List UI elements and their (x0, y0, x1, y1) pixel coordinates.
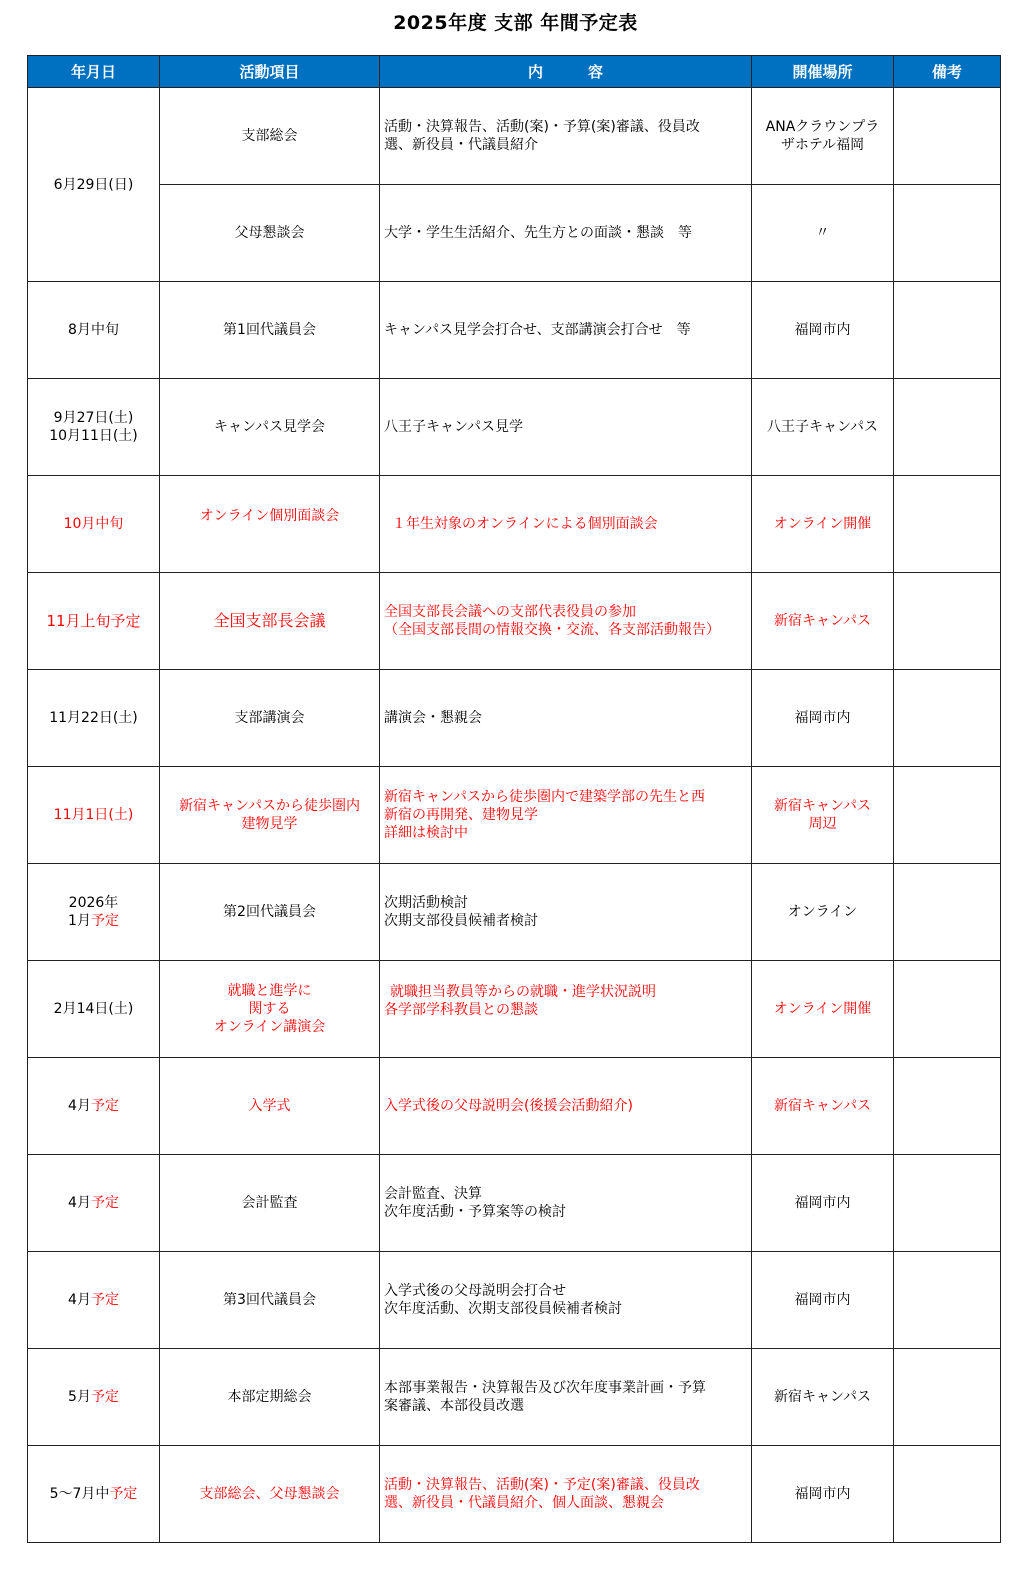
date-month: 5～7月中 (50, 1486, 110, 1502)
date-month: 4月 (68, 1292, 91, 1308)
content-cell: 次期活動検討 次期支部役員候補者検討 (380, 864, 752, 961)
activity-line: 建物見学 (164, 815, 375, 833)
table-row: 4月予定 第3回代議員会 入学式後の父母説明会打合せ 次年度活動、次期支部役員候… (28, 1252, 1001, 1349)
activity-cell: 支部講演会 (160, 670, 380, 767)
content-cell: 大学・学生生活紹介、先生方との面談・懇談 等 (380, 185, 752, 282)
content-line: 新宿の再開発、建物見学 (384, 806, 747, 824)
date-cell: 11月22日(土) (28, 670, 160, 767)
date-month: 4月 (68, 1098, 91, 1114)
note-cell (894, 573, 1001, 670)
venue-cell: 福岡市内 (752, 1155, 894, 1252)
date-line: 10月11日(土) (32, 427, 155, 445)
venue-cell: 新宿キャンパス 周辺 (752, 767, 894, 864)
date-cell: 9月27日(土) 10月11日(土) (28, 379, 160, 476)
date-planned-suffix: 予定 (91, 1098, 119, 1114)
activity-line: 新宿キャンパスから徒歩圏内 (164, 797, 375, 815)
venue-line: 福岡市内 (756, 1194, 889, 1212)
note-cell (894, 282, 1001, 379)
date-cell: 11月上旬予定 (28, 573, 160, 670)
activity-cell: 就職と進学に 関する オンライン講演会 (160, 961, 380, 1058)
note-cell (894, 961, 1001, 1058)
table-row: 2026年 1月予定 第2回代議員会 次期活動検討 次期支部役員候補者検討 オン… (28, 864, 1001, 961)
venue-line: 新宿キャンパス (756, 1097, 889, 1115)
date-month: 5月 (68, 1389, 91, 1405)
content-cell: 会計監査、決算 次年度活動・予算案等の検討 (380, 1155, 752, 1252)
venue-line: オンライン (756, 903, 889, 921)
table-row: 5月予定 本部定期総会 本部事業報告・決算報告及び次年度事業計画・予算 案審議、… (28, 1349, 1001, 1446)
header-content: 内 容 (380, 56, 752, 88)
date-line: 1月予定 (32, 912, 155, 930)
venue-cell: 新宿キャンパス (752, 1058, 894, 1155)
table-row: 4月予定 会計監査 会計監査、決算 次年度活動・予算案等の検討 福岡市内 (28, 1155, 1001, 1252)
content-cell: 入学式後の父母説明会(後援会活動紹介) (380, 1058, 752, 1155)
venue-line: 福岡市内 (756, 709, 889, 727)
note-cell (894, 864, 1001, 961)
activity-cell: 会計監査 (160, 1155, 380, 1252)
venue-line: 福岡市内 (756, 1291, 889, 1309)
content-cell: 活動・決算報告、活動(案)・予算(案)審議、役員改 選、新役員・代議員紹介 (380, 88, 752, 185)
date-cell: 10月中旬 (28, 476, 160, 573)
table-row: 4月予定 入学式 入学式後の父母説明会(後援会活動紹介) 新宿キャンパス (28, 1058, 1001, 1155)
content-cell: 講演会・懇親会 (380, 670, 752, 767)
venue-line: 新宿キャンパス (756, 612, 889, 630)
note-cell (894, 1349, 1001, 1446)
venue-cell: 〃 (752, 185, 894, 282)
venue-cell: 八王子キャンパス (752, 379, 894, 476)
content-line: （全国支部長間の情報交換・交流、各支部活動報告） (384, 621, 747, 639)
venue-cell: オンライン開催 (752, 476, 894, 573)
table-row: 11月上旬予定 全国支部長会議 全国支部長会議への支部代表役員の参加 （全国支部… (28, 573, 1001, 670)
header-activity: 活動項目 (160, 56, 380, 88)
header-venue: 開催場所 (752, 56, 894, 88)
note-cell (894, 1252, 1001, 1349)
date-cell: 2月14日(土) (28, 961, 160, 1058)
content-line: １年生対象のオンラインによる個別面談会 (384, 515, 747, 533)
venue-cell: オンライン (752, 864, 894, 961)
content-line: 詳細は検討中 (384, 824, 747, 842)
activity-line: 関する (164, 1000, 375, 1018)
venue-line: 福岡市内 (756, 1485, 889, 1503)
content-line: 全国支部長会議への支部代表役員の参加 (384, 603, 747, 621)
content-cell: キャンパス見学会打合せ、支部講演会打合せ 等 (380, 282, 752, 379)
table-row: 父母懇談会 大学・学生生活紹介、先生方との面談・懇談 等 〃 (28, 185, 1001, 282)
activity-cell: 新宿キャンパスから徒歩圏内 建物見学 (160, 767, 380, 864)
date-month: 1月 (68, 913, 91, 929)
content-line: 入学式後の父母説明会(後援会活動紹介) (384, 1097, 747, 1115)
date-cell: 4月予定 (28, 1155, 160, 1252)
activity-cell: 本部定期総会 (160, 1349, 380, 1446)
date-planned-suffix: 予定 (91, 913, 119, 929)
venue-cell: 福岡市内 (752, 1446, 894, 1543)
note-cell (894, 767, 1001, 864)
table-row: 5～7月中予定 支部総会、父母懇談会 活動・決算報告、活動(案)・予定(案)審議… (28, 1446, 1001, 1543)
content-line: 案審議、本部役員改選 (384, 1397, 747, 1415)
content-line: 会計監査、決算 (384, 1185, 747, 1203)
content-line: 入学式後の父母説明会打合せ (384, 1282, 747, 1300)
content-cell: 就職担当教員等からの就職・進学状況説明 各学部学科教員との懇談 (380, 961, 752, 1058)
content-cell: 八王子キャンパス見学 (380, 379, 752, 476)
table-row: 9月27日(土) 10月11日(土) キャンパス見学会 八王子キャンパス見学 八… (28, 379, 1001, 476)
date-cell: 8月中旬 (28, 282, 160, 379)
page-title: 2025年度 支部 年間予定表 (0, 8, 1031, 35)
table-row: 2月14日(土) 就職と進学に 関する オンライン講演会 就職担当教員等からの就… (28, 961, 1001, 1058)
content-line: 活動・決算報告、活動(案)・予定(案)審議、役員改 (384, 1476, 747, 1494)
content-line: 次期支部役員候補者検討 (384, 912, 747, 930)
venue-cell: オンライン開催 (752, 961, 894, 1058)
venue-line: オンライン開催 (756, 1000, 889, 1018)
content-cell: 本部事業報告・決算報告及び次年度事業計画・予算 案審議、本部役員改選 (380, 1349, 752, 1446)
date-line: 9月27日(土) (32, 409, 155, 427)
note-cell (894, 670, 1001, 767)
venue-line: ANAクラウンプラ (756, 118, 889, 136)
venue-cell: 福岡市内 (752, 670, 894, 767)
venue-line: 八王子キャンパス (756, 418, 889, 436)
activity-cell: オンライン個別面談会 (160, 476, 380, 573)
activity-cell: 第1回代議員会 (160, 282, 380, 379)
activity-cell: キャンパス見学会 (160, 379, 380, 476)
venue-line: 新宿キャンパス (756, 1388, 889, 1406)
content-cell: 全国支部長会議への支部代表役員の参加 （全国支部長間の情報交換・交流、各支部活動… (380, 573, 752, 670)
activity-cell: 第3回代議員会 (160, 1252, 380, 1349)
date-cell: 4月予定 (28, 1252, 160, 1349)
table-row: 11月22日(土) 支部講演会 講演会・懇親会 福岡市内 (28, 670, 1001, 767)
venue-cell: 福岡市内 (752, 282, 894, 379)
content-cell: 活動・決算報告、活動(案)・予定(案)審議、役員改 選、新役員・代議員紹介、個人… (380, 1446, 752, 1543)
content-line: 次期活動検討 (384, 894, 747, 912)
table-row: 8月中旬 第1回代議員会 キャンパス見学会打合せ、支部講演会打合せ 等 福岡市内 (28, 282, 1001, 379)
content-line: 講演会・懇親会 (384, 709, 747, 727)
date-cell: 5～7月中予定 (28, 1446, 160, 1543)
date-planned-suffix: 予定 (91, 1292, 119, 1308)
content-cell: １年生対象のオンラインによる個別面談会 (380, 476, 752, 573)
venue-cell: 福岡市内 (752, 1252, 894, 1349)
content-line: 活動・決算報告、活動(案)・予算(案)審議、役員改 (384, 118, 747, 136)
content-line: 選、新役員・代議員紹介、個人面談、懇親会 (384, 1494, 747, 1512)
note-cell (894, 88, 1001, 185)
content-line: 次年度活動、次期支部役員候補者検討 (384, 1300, 747, 1318)
venue-line: オンライン開催 (756, 515, 889, 533)
note-cell (894, 1155, 1001, 1252)
note-cell (894, 185, 1001, 282)
date-planned-suffix: 予定 (91, 1389, 119, 1405)
date-cell: 2026年 1月予定 (28, 864, 160, 961)
date-cell: 4月予定 (28, 1058, 160, 1155)
activity-line: 就職と進学に (164, 982, 375, 1000)
venue-line: 周辺 (756, 815, 889, 833)
content-line: 選、新役員・代議員紹介 (384, 136, 747, 154)
content-line: 本部事業報告・決算報告及び次年度事業計画・予算 (384, 1379, 747, 1397)
activity-cell: 全国支部長会議 (160, 573, 380, 670)
table-row: 6月29日(日) 支部総会 活動・決算報告、活動(案)・予算(案)審議、役員改 … (28, 88, 1001, 185)
activity-cell: 支部総会 (160, 88, 380, 185)
date-planned-suffix: 予定 (91, 1195, 119, 1211)
schedule-table: 年月日 活動項目 内 容 開催場所 備考 6月29日(日) 支部総会 活動・決算… (27, 55, 1001, 1543)
content-line: 各学部学科教員との懇談 (384, 1001, 747, 1019)
note-cell (894, 1446, 1001, 1543)
venue-line: 〃 (756, 224, 889, 242)
venue-line: ザホテル福岡 (756, 136, 889, 154)
venue-line: 福岡市内 (756, 321, 889, 339)
date-month: 4月 (68, 1195, 91, 1211)
date-cell: 11月1日(土) (28, 767, 160, 864)
note-cell (894, 476, 1001, 573)
activity-cell: 支部総会、父母懇談会 (160, 1446, 380, 1543)
activity-cell: 父母懇談会 (160, 185, 380, 282)
header-row: 年月日 活動項目 内 容 開催場所 備考 (28, 56, 1001, 88)
date-planned-suffix: 予定 (109, 1486, 137, 1502)
venue-cell: 新宿キャンパス (752, 1349, 894, 1446)
date-cell: 5月予定 (28, 1349, 160, 1446)
note-cell (894, 1058, 1001, 1155)
date-cell: 6月29日(日) (28, 88, 160, 282)
activity-cell: 入学式 (160, 1058, 380, 1155)
content-line: 就職担当教員等からの就職・進学状況説明 (384, 983, 747, 1001)
content-line: 八王子キャンパス見学 (384, 418, 747, 436)
activity-line: オンライン講演会 (164, 1018, 375, 1036)
venue-line: 新宿キャンパス (756, 797, 889, 815)
date-line: 2026年 (32, 894, 155, 912)
activity-line: オンライン個別面談会 (164, 507, 375, 525)
header-note: 備考 (894, 56, 1001, 88)
venue-cell: 新宿キャンパス (752, 573, 894, 670)
activity-cell: 第2回代議員会 (160, 864, 380, 961)
header-date: 年月日 (28, 56, 160, 88)
content-line: 大学・学生生活紹介、先生方との面談・懇談 等 (384, 224, 747, 242)
content-line: キャンパス見学会打合せ、支部講演会打合せ 等 (384, 321, 747, 339)
content-line: 新宿キャンパスから徒歩圏内で建築学部の先生と西 (384, 788, 747, 806)
content-cell: 新宿キャンパスから徒歩圏内で建築学部の先生と西 新宿の再開発、建物見学 詳細は検… (380, 767, 752, 864)
table-row: 11月1日(土) 新宿キャンパスから徒歩圏内 建物見学 新宿キャンパスから徒歩圏… (28, 767, 1001, 864)
table-row: 10月中旬 オンライン個別面談会 １年生対象のオンラインによる個別面談会 オンラ… (28, 476, 1001, 573)
venue-cell: ANAクラウンプラ ザホテル福岡 (752, 88, 894, 185)
note-cell (894, 379, 1001, 476)
content-line: 次年度活動・予算案等の検討 (384, 1203, 747, 1221)
content-cell: 入学式後の父母説明会打合せ 次年度活動、次期支部役員候補者検討 (380, 1252, 752, 1349)
